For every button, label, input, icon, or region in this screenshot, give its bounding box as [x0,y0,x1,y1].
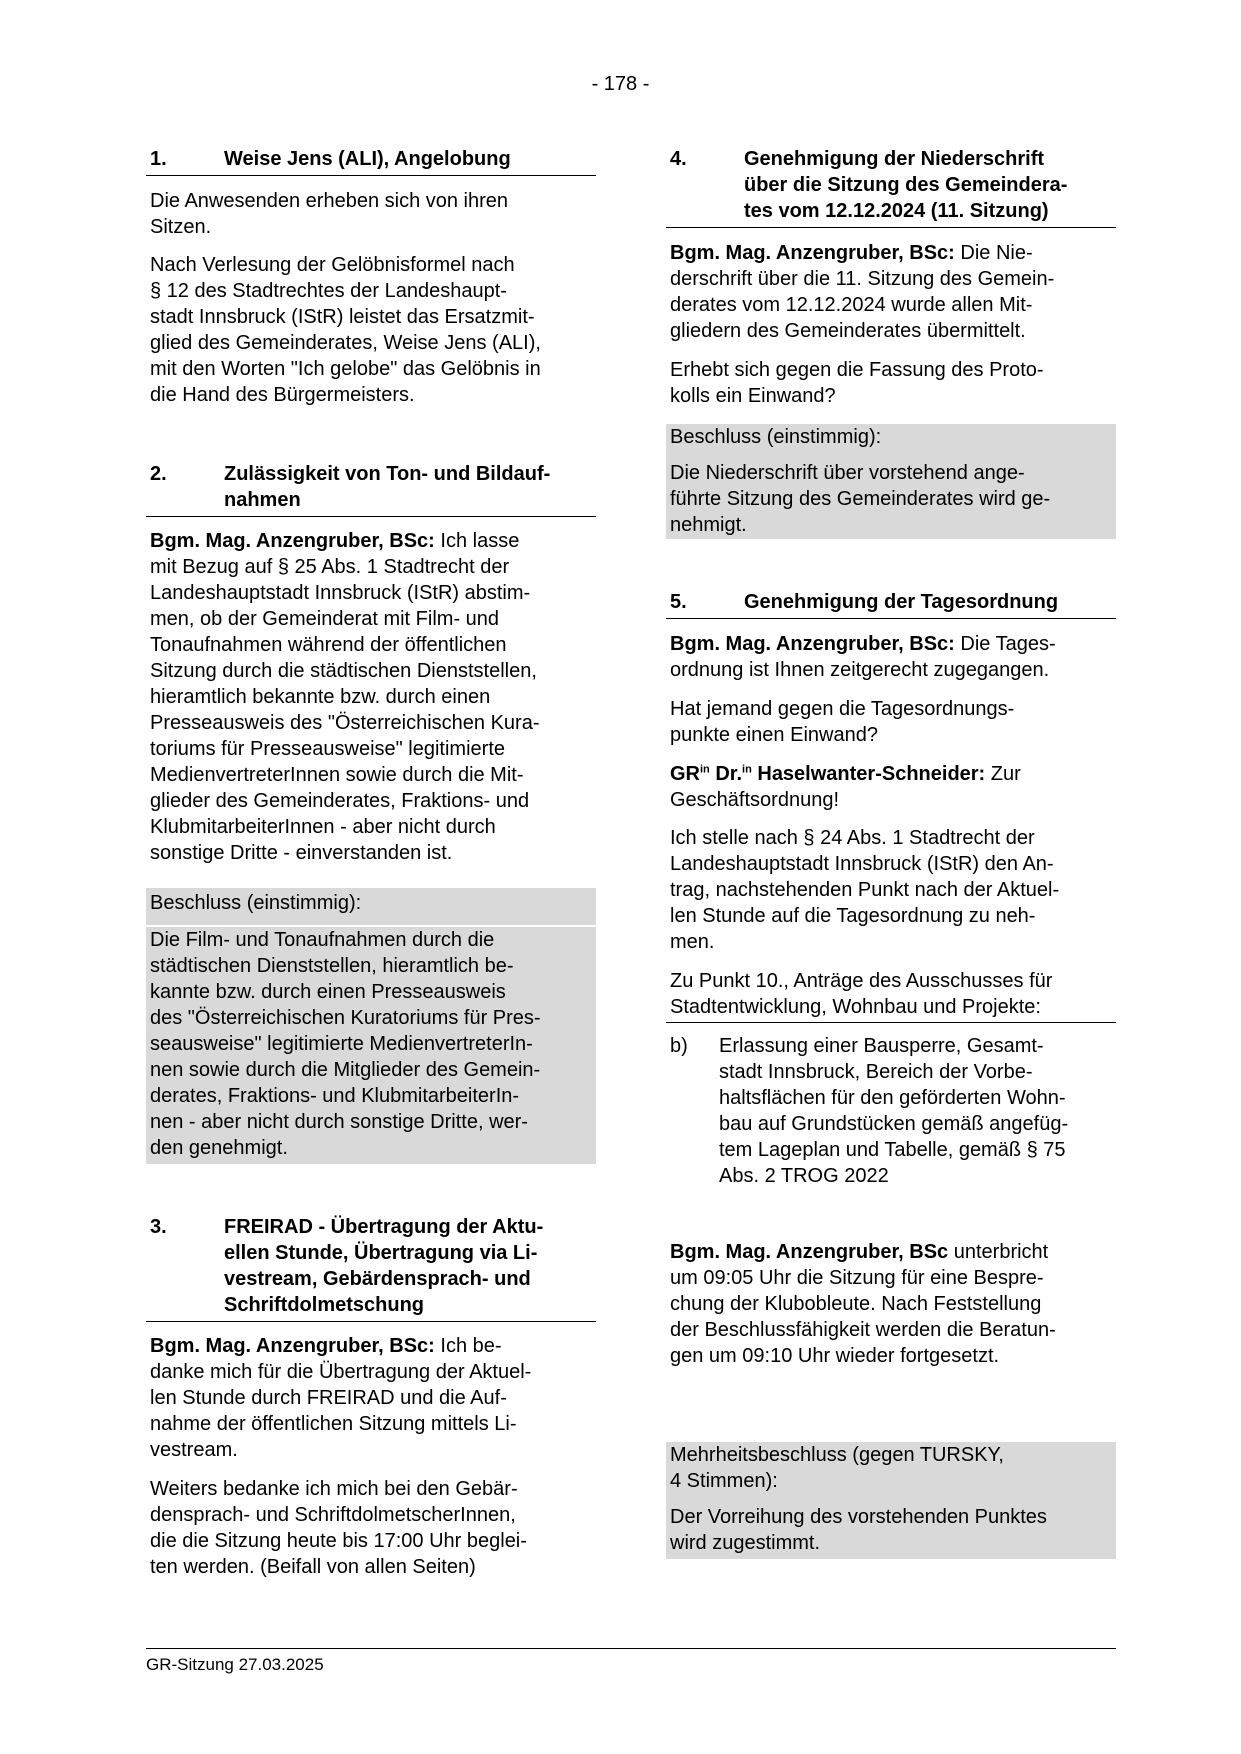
paragraph: Hat jemand gegen die Tagesordnungs- punk… [666,696,1116,748]
speaker-name: Bgm. Mag. Anzengruber, BSc [670,1241,948,1263]
section-number: 5. [670,589,687,615]
section-1-heading: 1. Weise Jens (ALI), Angelobung [146,146,596,176]
paragraph: GRin Dr.in Haselwanter-Schneider: Zur Ge… [666,761,1116,813]
paragraph: Bgm. Mag. Anzengruber, BSc: Ich lasse mi… [146,528,596,866]
section-number: 3. [150,1214,167,1240]
list-item: b) Erlassung einer Bausperre, Gesamt- st… [666,1033,1116,1189]
speaker-name: Bgm. Mag. Anzengruber, BSc: [670,242,955,264]
section-title: Weise Jens (ALI), Angelobung [224,146,596,175]
paragraph-underlined: Zu Punkt 10., Anträge des Ausschusses fü… [666,968,1116,1023]
paragraph: Bgm. Mag. Anzengruber, BSc: Ich be- dank… [146,1333,596,1463]
section-title: Genehmigung der Niederschrift über die S… [744,146,1116,227]
section-title: Genehmigung der Tagesordnung [744,589,1116,618]
decision-label: Beschluss (einstimmig): [146,888,596,925]
section-number: 4. [670,146,687,172]
footer-text: GR-Sitzung 27.03.2025 [146,1655,324,1675]
section-3-heading: 3. FREIRAD - Übertragung der Aktu- ellen… [146,1214,596,1322]
paragraph: Erhebt sich gegen die Fassung des Proto-… [666,357,1116,409]
section-title: FREIRAD - Übertragung der Aktu- ellen St… [224,1214,596,1321]
section-number: 1. [150,146,167,172]
footer-divider [146,1648,1116,1649]
decision-label: Beschluss (einstimmig): [670,424,1116,450]
speaker-name: Bgm. Mag. Anzengruber, BSc: [670,633,955,655]
paragraph: Die Anwesenden erheben sich von ihren Si… [146,188,596,240]
paragraph: Ich stelle nach § 24 Abs. 1 Stadtrecht d… [666,825,1116,955]
section-number: 2. [150,461,167,487]
decision-text: Die Film- und Tonaufnahmen durch die stä… [146,927,596,1164]
section-2-heading: 2. Zulässigkeit von Ton- und Bildauf- na… [146,461,596,517]
decision-block: Beschluss (einstimmig): Die Niederschrif… [666,424,1116,539]
paragraph: Nach Verlesung der Gelöbnisformel nach §… [146,252,596,408]
section-5-heading: 5. Genehmigung der Tagesordnung [666,589,1116,619]
speaker-name: Bgm. Mag. Anzengruber, BSc: [150,530,435,552]
paragraph: Weiters bedanke ich mich bei den Gebär- … [146,1476,596,1580]
paragraph: Bgm. Mag. Anzengruber, BSc: Die Tages- o… [666,631,1116,683]
section-4-heading: 4. Genehmigung der Niederschrift über di… [666,146,1116,228]
decision-block: Mehrheitsbeschluss (gegen TURSKY, 4 Stim… [666,1442,1116,1559]
section-title: Zulässigkeit von Ton- und Bildauf- nahme… [224,461,596,516]
speaker-name: GRin Dr.in Haselwanter-Schneider: [670,763,985,785]
decision-label: Mehrheitsbeschluss (gegen TURSKY, [670,1442,1116,1468]
paragraph: Bgm. Mag. Anzengruber, BSc unterbricht u… [666,1239,1116,1369]
paragraph: Bgm. Mag. Anzengruber, BSc: Die Nie- der… [666,240,1116,344]
page-number: - 178 - [0,73,1241,96]
speaker-name: Bgm. Mag. Anzengruber, BSc: [150,1335,435,1357]
list-marker: b) [670,1033,688,1059]
